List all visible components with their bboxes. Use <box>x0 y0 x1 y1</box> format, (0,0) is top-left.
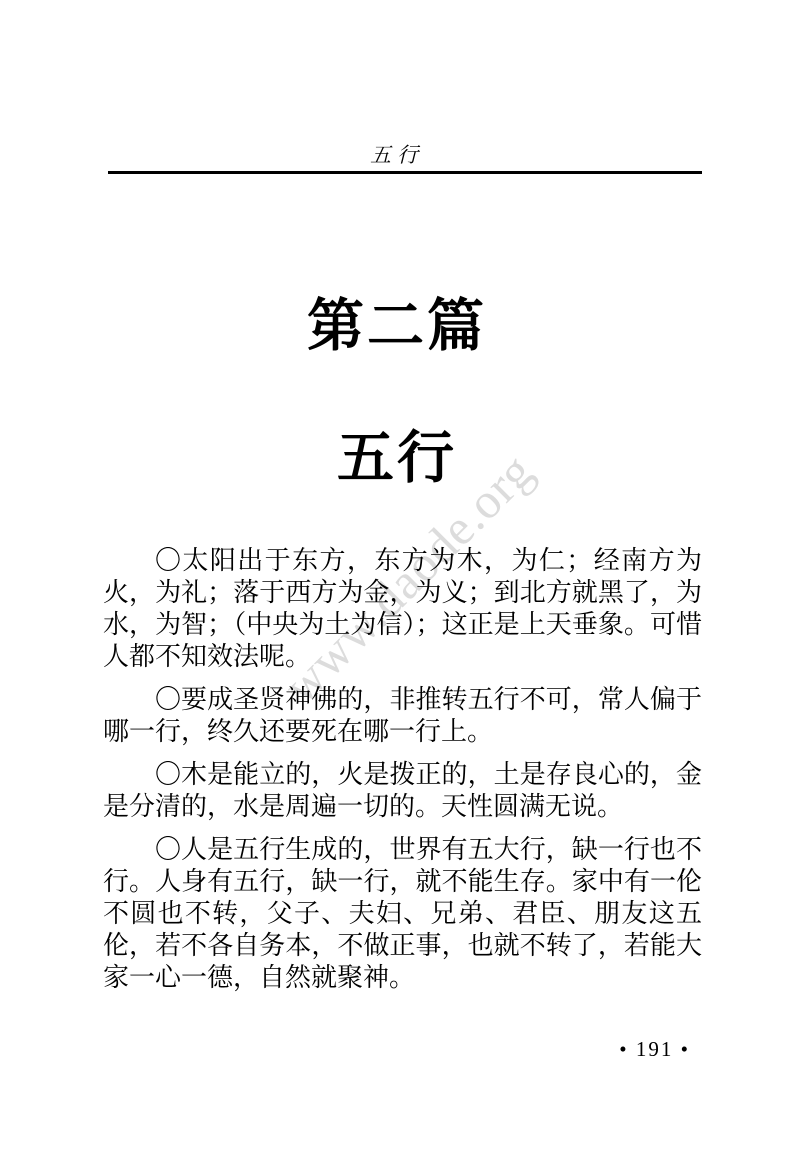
paragraph: 〇要成圣贤神佛的，非推转五行不可，常人偏于哪一行，终久还要死在哪一行上。 <box>103 684 702 748</box>
chapter-title: 五行 <box>0 427 794 489</box>
paragraph: 〇太阳出于东方，东方为木，为仁；经南方为火，为礼；落于西方为金，为义；到北方就黑… <box>103 545 702 673</box>
paragraph: 〇木是能立的，火是拨正的，土是存良心的，金是分清的，水是周遍一切的。天性圆满无说… <box>103 759 702 823</box>
running-header-title: 五行 <box>0 139 794 169</box>
part-title: 第二篇 <box>0 295 794 357</box>
document-page: www.daode.org 五行 第二篇 五行 〇太阳出于东方，东方为木，为仁；… <box>0 0 794 1149</box>
paragraph: 〇人是五行生成的，世界有五大行，缺一行也不行。人身有五行，缺一行，就不能生存。家… <box>103 834 702 994</box>
body-text: 〇太阳出于东方，东方为木，为仁；经南方为火，为礼；落于西方为金，为义；到北方就黑… <box>103 545 702 994</box>
header-rule-divider <box>108 171 702 174</box>
page-number: • 191 • <box>619 1037 690 1062</box>
